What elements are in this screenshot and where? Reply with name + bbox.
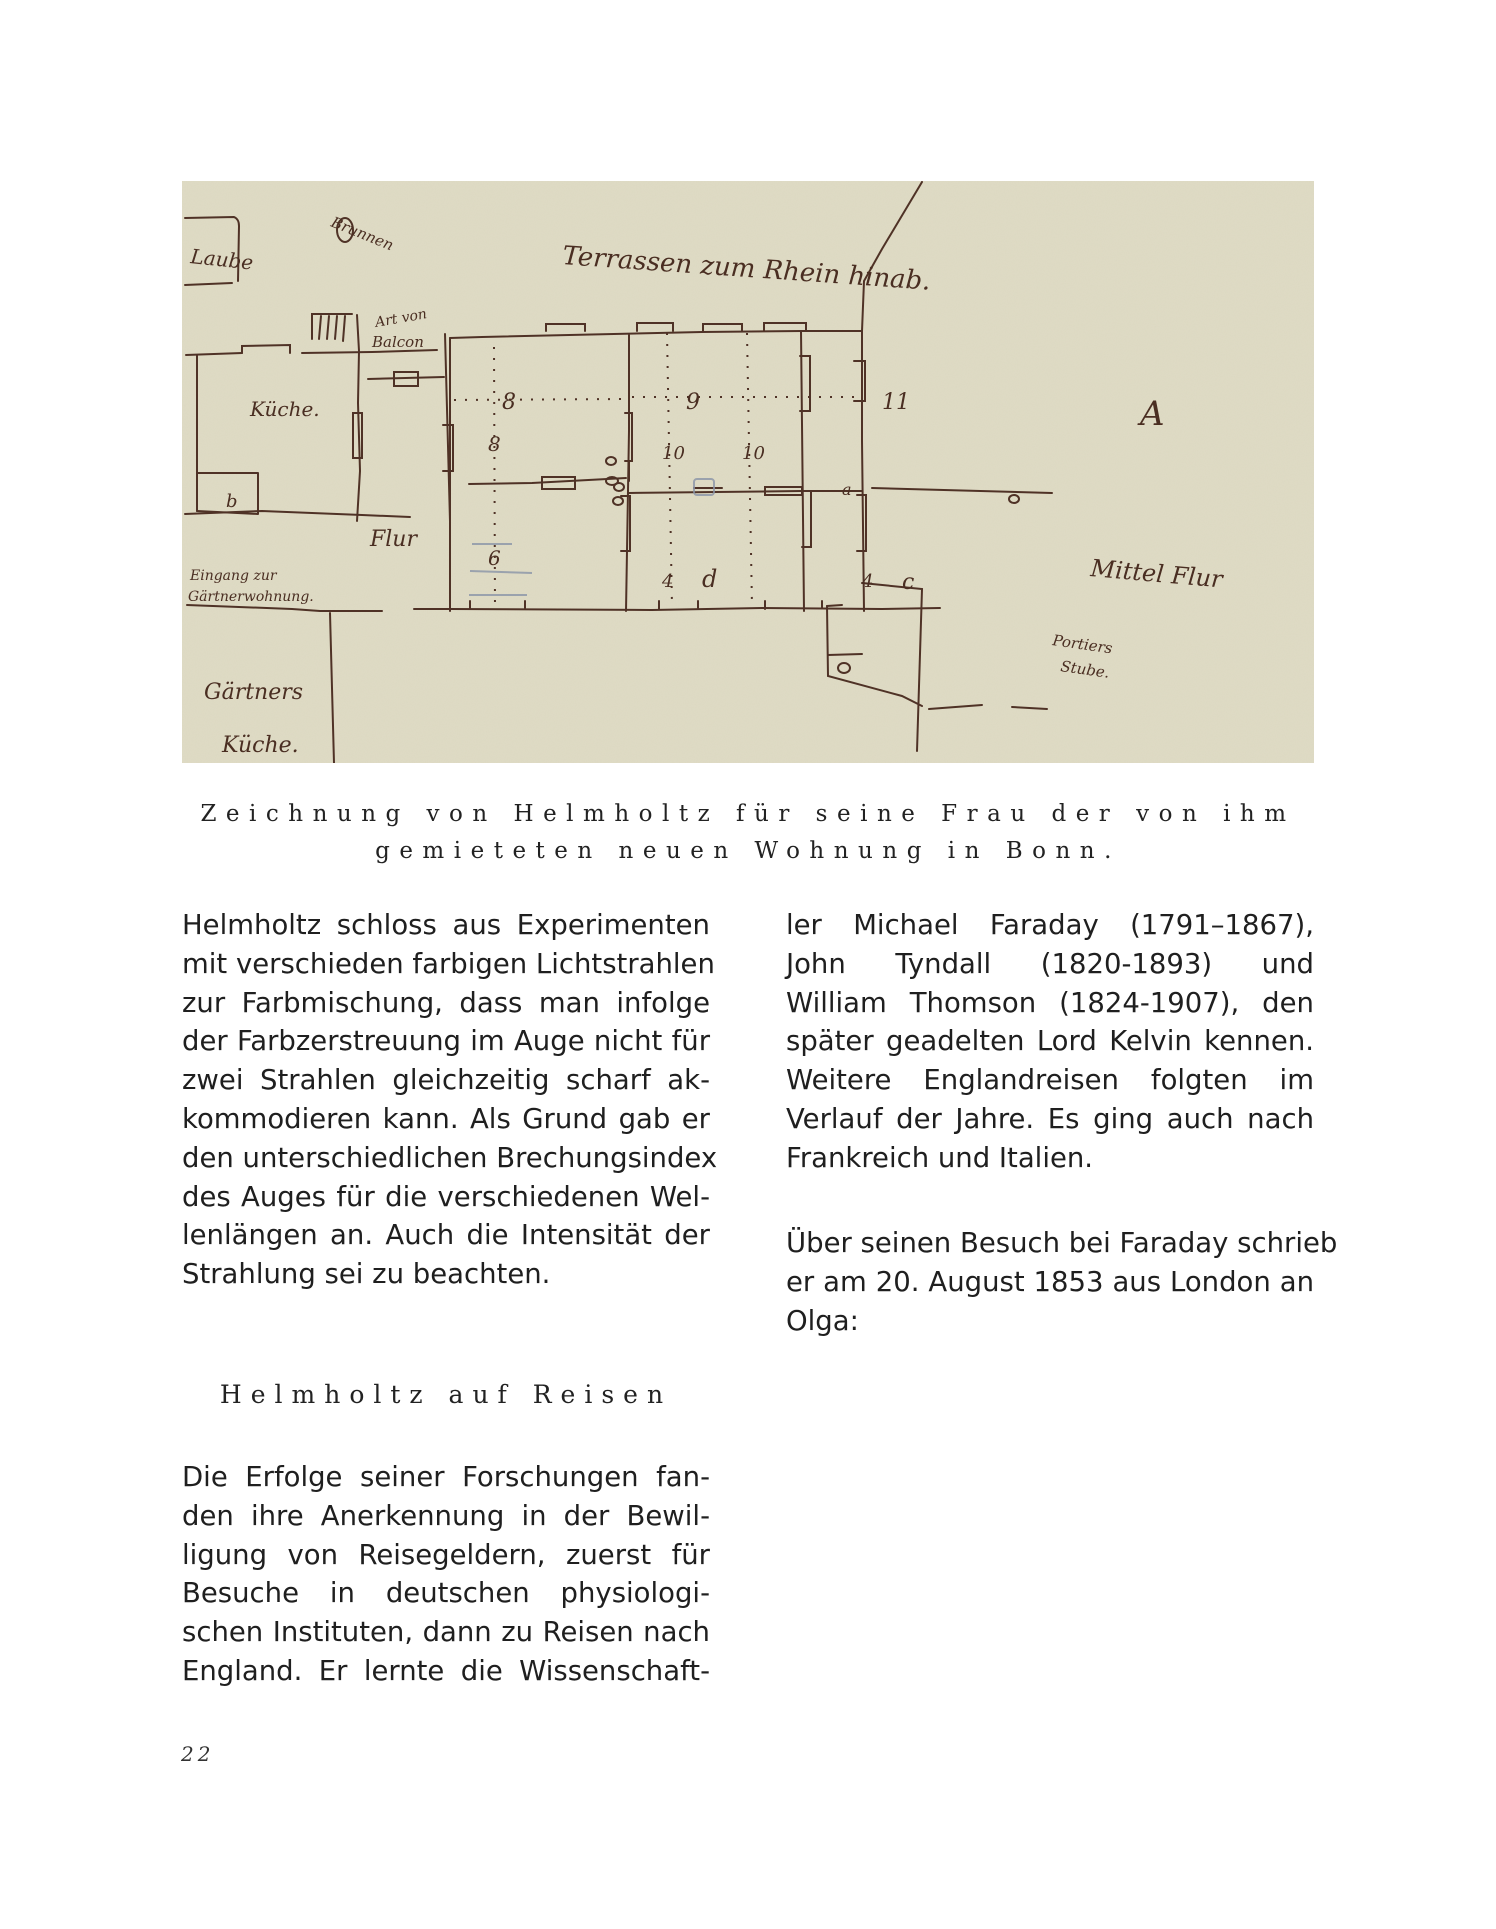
text-line: William Thomson (1824-1907), den	[786, 984, 1314, 1023]
caption-line-1: Zeichnung von Helmholtz für seine Frau d…	[182, 796, 1314, 833]
left-column-paragraph-1: Helmholtz schloss aus Experimenten mit v…	[182, 906, 710, 1294]
label-room-8a: 8	[502, 390, 516, 415]
page-number: 22	[181, 1742, 214, 1766]
text-line: zur Farbmischung, dass man infolge	[182, 984, 710, 1023]
text-line: Über seinen Besuch bei Faraday schrieb	[786, 1224, 1314, 1263]
text-line: lenlängen an. Auch die Intensität der	[182, 1216, 710, 1255]
text-line: des Auges für die verschiedenen Wel-	[182, 1178, 710, 1217]
text-line: kommodieren kann. Als Grund gab er	[182, 1100, 710, 1139]
label-balcon: Balcon	[371, 333, 424, 351]
label-d: d	[702, 565, 717, 593]
label-a: a	[842, 480, 852, 499]
text-line: ler Michael Faraday (1791–1867),	[786, 906, 1314, 945]
label-kueche: Küche.	[249, 397, 320, 421]
right-column-paragraph-1: ler Michael Faraday (1791–1867), John Ty…	[786, 906, 1314, 1178]
label-b: b	[226, 491, 238, 512]
text-line: der Farbzerstreuung im Auge nicht für	[182, 1022, 710, 1061]
label-room-10a: 10	[662, 443, 685, 464]
left-column-paragraph-2: Die Erfolge seiner Forschungen fan- den …	[182, 1458, 710, 1691]
right-column-paragraph-2: Über seinen Besuch bei Faraday schrieb e…	[786, 1224, 1314, 1340]
label-flur: Flur	[369, 527, 418, 552]
text-line: ligung von Reisegeldern, zuerst für	[182, 1536, 710, 1575]
label-room-10b: 10	[742, 443, 765, 464]
text-line: zwei Strahlen gleichzeitig scharf ak-	[182, 1061, 710, 1100]
text-line: Die Erfolge seiner Forschungen fan-	[182, 1458, 710, 1497]
text-line: den unterschiedlichen Brechungsindex	[182, 1139, 710, 1178]
label-gaertners: Gärtners	[204, 680, 303, 705]
label-room-8b: 8	[488, 432, 501, 456]
label-room-4a: 4	[661, 571, 673, 592]
label-A: A	[1137, 394, 1165, 434]
text-line: den ihre Anerkennung in der Bewil-	[182, 1497, 710, 1536]
text-line: er am 20. August 1853 aus London an	[786, 1263, 1314, 1302]
floor-plan-drawing: Laube Brunnen Terrassen zum Rhein hinab.…	[182, 181, 1314, 763]
figure-caption: Zeichnung von Helmholtz für seine Frau d…	[182, 796, 1314, 870]
text-line: Olga:	[786, 1302, 1314, 1341]
text-line: Verlauf der Jahre. Es ging auch nach	[786, 1100, 1314, 1139]
text-line: Weitere Englandreisen folgten im	[786, 1061, 1314, 1100]
caption-line-2: gemieteten neuen Wohnung in Bonn.	[182, 833, 1314, 870]
floor-plan-sketch: Laube Brunnen Terrassen zum Rhein hinab.…	[182, 181, 1314, 763]
text-line: schen Instituten, dann zu Reisen nach	[182, 1613, 710, 1652]
text-line: England. Er lernte die Wissenschaft-	[182, 1652, 710, 1691]
text-line: Helmholtz schloss aus Experimenten	[182, 906, 710, 945]
label-eingang: Eingang zur	[189, 568, 278, 584]
label-room-11: 11	[882, 390, 910, 415]
label-room-6: 6	[488, 546, 501, 570]
text-line: Strahlung sei zu beachten.	[182, 1255, 710, 1294]
label-gaertners-kueche: Küche.	[221, 733, 299, 758]
text-line: Besuche in deutschen physiologi-	[182, 1574, 710, 1613]
text-line: John Tyndall (1820-1893) und	[786, 945, 1314, 984]
text-line: mit verschieden farbigen Lichtstrahlen	[182, 945, 710, 984]
text-line: später geadelten Lord Kelvin kennen.	[786, 1022, 1314, 1061]
text-line: Frankreich und Italien.	[786, 1139, 1314, 1178]
label-gaertnerwohnung: Gärtnerwohnung.	[188, 589, 314, 605]
section-heading: Helmholtz auf Reisen	[182, 1380, 710, 1409]
label-c: c	[902, 570, 914, 595]
label-room-4b: 4	[861, 571, 873, 592]
label-room-9: 9	[686, 390, 700, 415]
